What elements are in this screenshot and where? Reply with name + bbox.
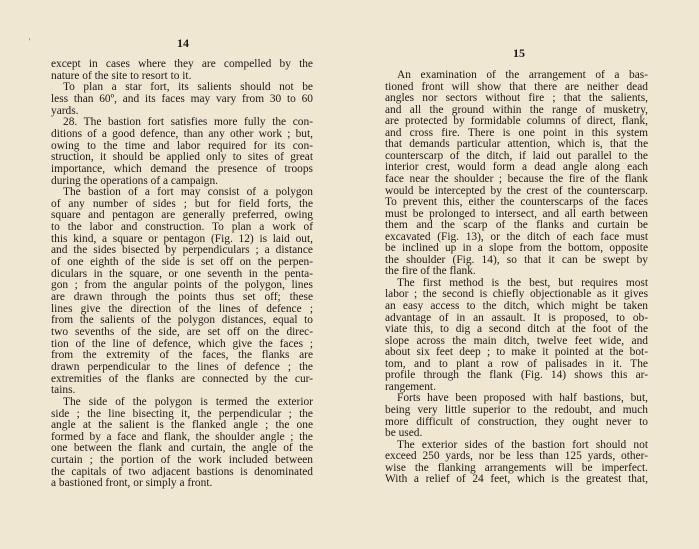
text-line: drawn perpendicular to the lines of defe…: [51, 362, 313, 374]
text-line: a bastioned front, or simply a front.: [51, 478, 313, 490]
text-line: curtain ; the portion of the work includ…: [51, 455, 313, 467]
text-line: angles nor sectors without fire ; that t…: [385, 93, 648, 105]
page-number: 14: [177, 36, 189, 51]
text-line: being very little superior to the redoub…: [385, 405, 648, 417]
text-line: exceed 250 yards, nor be less than 125 y…: [385, 451, 648, 463]
text-line: to the labor and construction. To plan a…: [51, 222, 313, 234]
text-line: more difficult of construction, they oug…: [385, 417, 648, 429]
text-line: be used.: [385, 428, 648, 440]
text-line: To prevent this, either the counterscarp…: [385, 197, 648, 209]
text-line: except in cases where they are compelled…: [51, 59, 313, 71]
text-line: angle at the salient is the flanked angl…: [51, 420, 313, 432]
text-line: With a relief of 24 feet, which is the g…: [385, 474, 648, 486]
text-line: ditions of a good defence, than any othe…: [51, 129, 313, 141]
text-line: less than 60º, and its faces may vary fr…: [51, 94, 313, 106]
margin-mark: ': [29, 37, 30, 46]
text-line: extremities of the flanks are connected …: [51, 374, 313, 386]
text-line: importance, which demand the presence of…: [51, 164, 313, 176]
text-line: them and the scarp of the flanks and cur…: [385, 220, 648, 232]
text-line: viate this, to dig a second ditch at the…: [385, 324, 648, 336]
text-line: an easy access to the ditch, which might…: [385, 301, 648, 313]
page-number: 15: [513, 46, 525, 61]
text-line: The side of the polygon is termed the ex…: [51, 397, 313, 409]
text-line: of one eighth of the side is set off on …: [51, 257, 313, 269]
text-line: face near the shoulder ; because the fir…: [385, 174, 648, 186]
text-line: are drawn through the points thus set of…: [51, 292, 313, 304]
text-line: two sevenths of the side, are set off on…: [51, 327, 313, 339]
text-line: An examination of the arrangement of a b…: [385, 70, 648, 82]
text-line: The bastion of a fort may consist of a p…: [51, 187, 313, 199]
